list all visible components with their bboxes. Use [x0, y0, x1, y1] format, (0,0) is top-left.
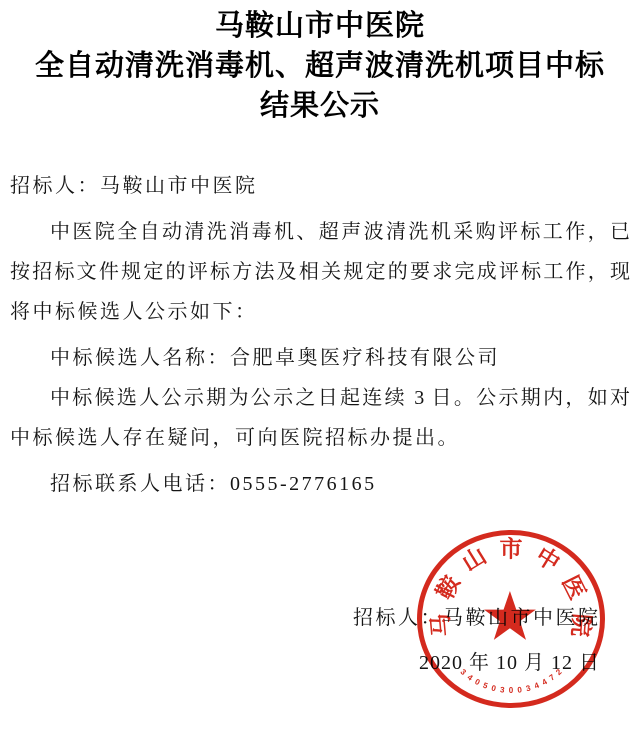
- seal-serial-digit: 3: [525, 684, 531, 693]
- title-line-2: 全自动清洗消毒机、超声波清洗机项目中标: [0, 46, 640, 86]
- seal-arc-char: 山: [458, 544, 490, 576]
- seal-arc-char: 市: [500, 538, 523, 561]
- seal-serial-digit: 0: [490, 684, 496, 693]
- seal-serial-digit: 3: [500, 686, 505, 694]
- bidder-line: 招标人：马鞍山市中医院: [10, 166, 630, 206]
- title-line-3: 结果公示: [0, 86, 640, 126]
- contact-phone-line: 招标联系人电话：0555-2776165: [10, 464, 630, 504]
- body-paragraph-line: 中标候选人存在疑问，可向医院招标办提出。: [10, 418, 630, 458]
- seal-serial-digit: 4: [541, 678, 549, 687]
- body-paragraph-line: 中医院全自动清洗消毒机、超声波清洗机采购评标工作，已: [10, 212, 630, 252]
- document-body: 招标人：马鞍山市中医院 中医院全自动清洗消毒机、超声波清洗机采购评标工作，已 按…: [10, 166, 630, 504]
- seal-arc-char: 医: [558, 572, 589, 603]
- body-paragraph-line: 按招标文件规定的评标方法及相关规定的要求完成评标工作，现: [10, 252, 630, 292]
- winning-candidate-line: 中标候选人名称：合肥卓奥医疗科技有限公司: [10, 338, 630, 378]
- signature-signer: 招标人：马鞍山市中医院: [353, 604, 601, 632]
- document-page: 马鞍山市中医院 全自动清洗消毒机、超声波清洗机项目中标 结果公示 招标人：马鞍山…: [0, 0, 640, 735]
- seal-arc-char: 中: [532, 544, 564, 576]
- seal-serial-digit: 0: [517, 686, 522, 694]
- seal-serial-digit: 0: [509, 687, 513, 695]
- seal-arc-char: 鞍: [433, 572, 464, 603]
- body-paragraph-line: 中标候选人公示期为公示之日起连续 3 日。公示期内，如对: [10, 378, 630, 418]
- body-paragraph-line: 将中标候选人公示如下：: [10, 292, 630, 332]
- document-title: 马鞍山市中医院 全自动清洗消毒机、超声波清洗机项目中标 结果公示: [0, 6, 640, 126]
- seal-serial-digit: 5: [482, 682, 489, 691]
- title-line-1: 马鞍山市中医院: [0, 6, 640, 46]
- seal-serial-digit: 4: [533, 682, 540, 691]
- seal-serial-digit: 0: [473, 678, 481, 687]
- signature-date: 2020 年 10 月 12 日: [419, 649, 600, 677]
